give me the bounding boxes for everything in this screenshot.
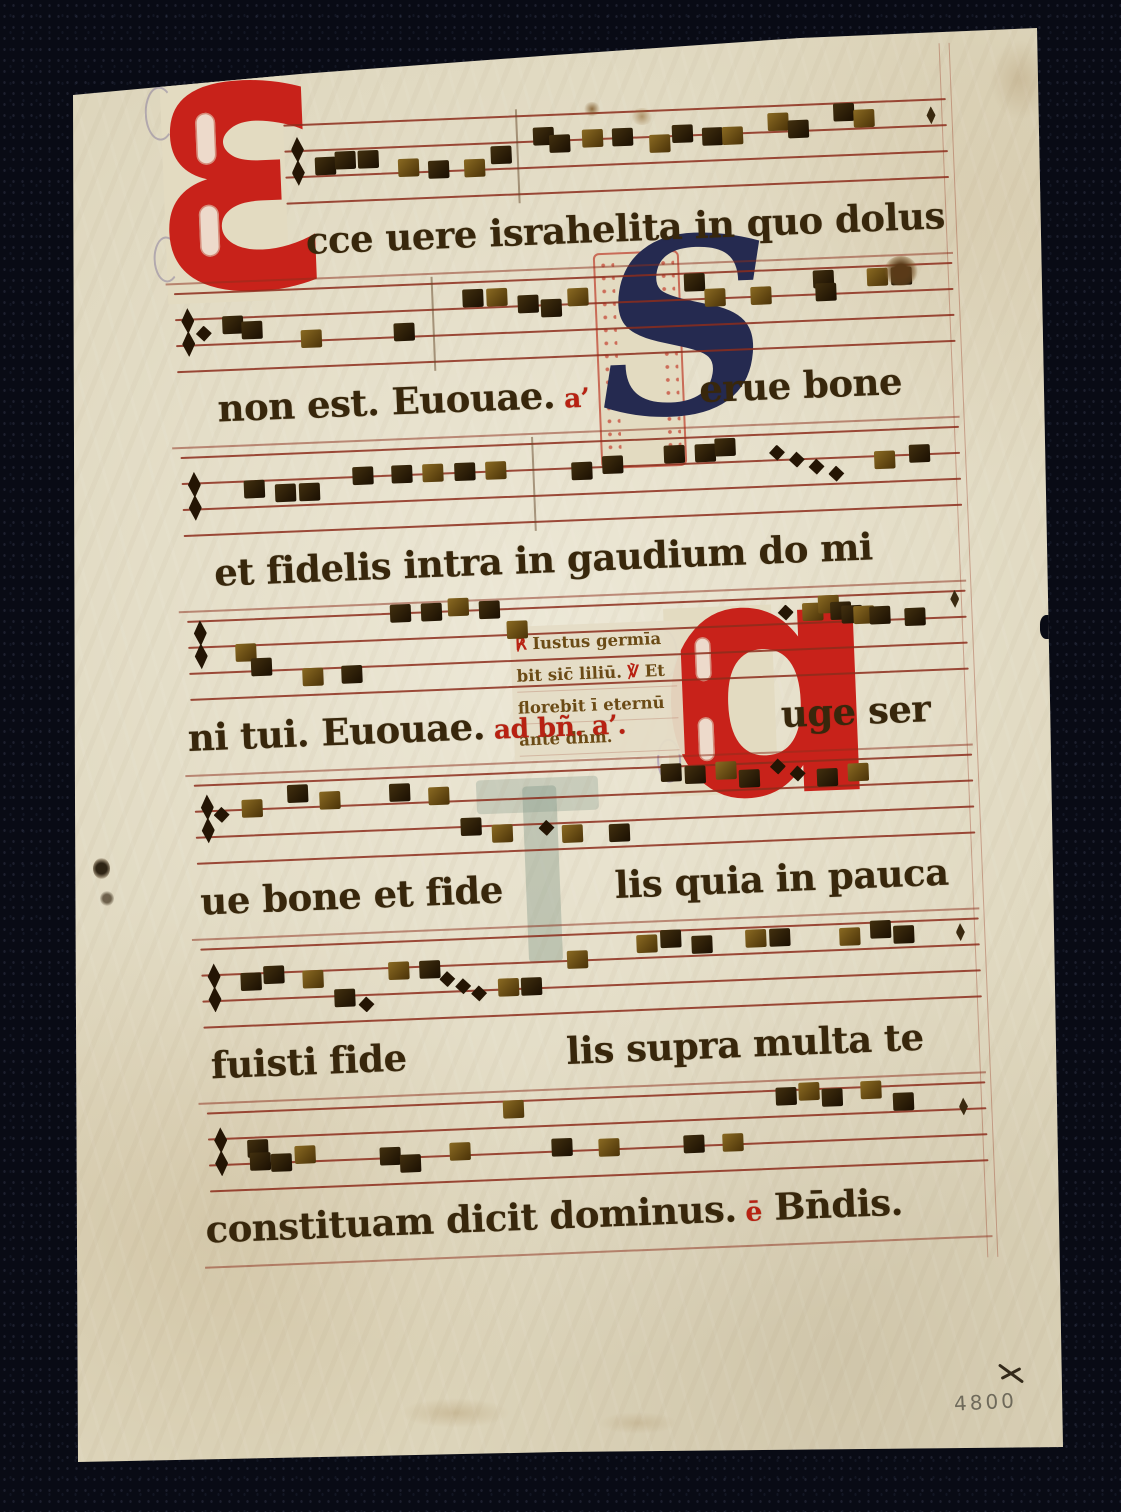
photo-backdrop: ɛ S ɑ ℟ Iustus germīabit sic̄ liliū. ℣ E… <box>0 0 1121 1512</box>
page-edge-toning <box>0 0 1121 1512</box>
manuscript-leaf: ɛ S ɑ ℟ Iustus germīabit sic̄ liliū. ℣ E… <box>0 0 1121 1512</box>
penwork-flourish <box>167 30 212 70</box>
